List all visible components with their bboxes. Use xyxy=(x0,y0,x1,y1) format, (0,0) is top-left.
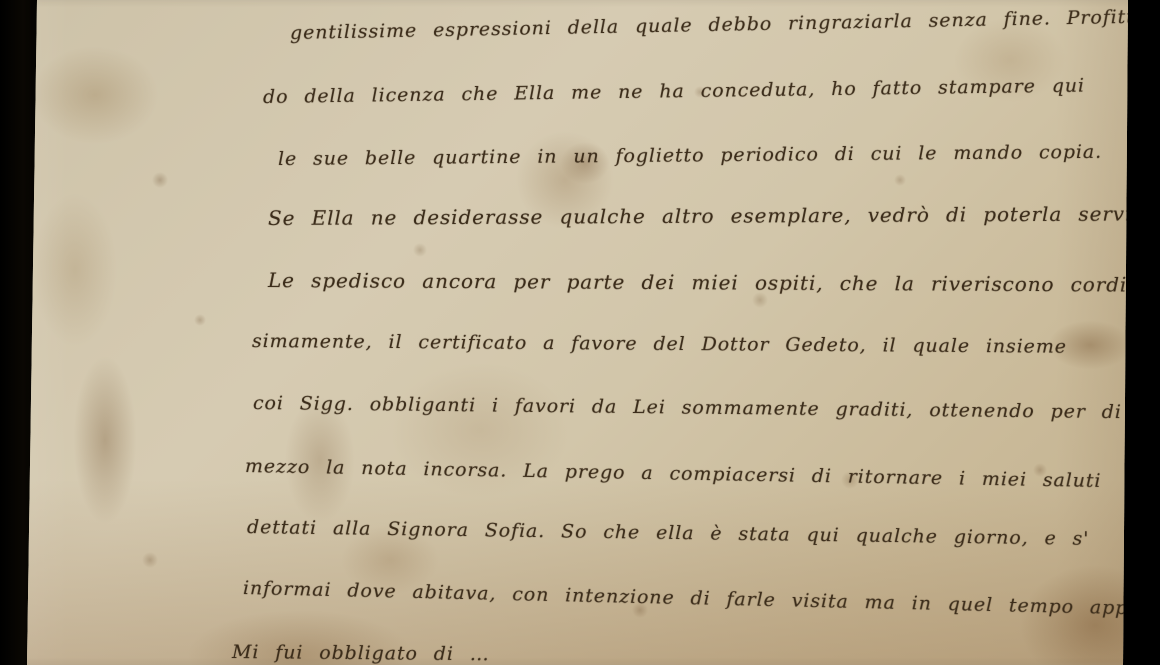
manuscript-line: mezzo la nota incorsa. La prego a compia… xyxy=(245,455,1102,492)
manuscript-line: gentilissime espressioni della quale deb… xyxy=(290,5,1160,44)
manuscript-line: simamente, il certificato a favore del D… xyxy=(252,330,1067,358)
manuscript-line: do della licenza che Ella me ne ha conce… xyxy=(263,75,1085,108)
scanned-letter-photo: gentilissime espressioni della quale deb… xyxy=(0,0,1160,665)
manuscript-line: coi Sigg. obbliganti i favori da Lei som… xyxy=(253,392,1160,424)
manuscript-page: gentilissime espressioni della quale deb… xyxy=(0,0,1160,665)
manuscript-line: le sue belle quartine in un foglietto pe… xyxy=(278,141,1102,170)
manuscript-line: informai dove abitava, con intenzione di… xyxy=(243,577,1160,620)
manuscript-line-truncated: Mi fui obbligato di … xyxy=(232,641,490,665)
manuscript-line: dettati alla Signora Sofia. So che ella … xyxy=(247,516,1090,550)
manuscript-line: Le spedisco ancora per parte dei miei os… xyxy=(268,268,1160,297)
manuscript-line: Se Ella ne desiderasse qualche altro ese… xyxy=(268,201,1160,230)
